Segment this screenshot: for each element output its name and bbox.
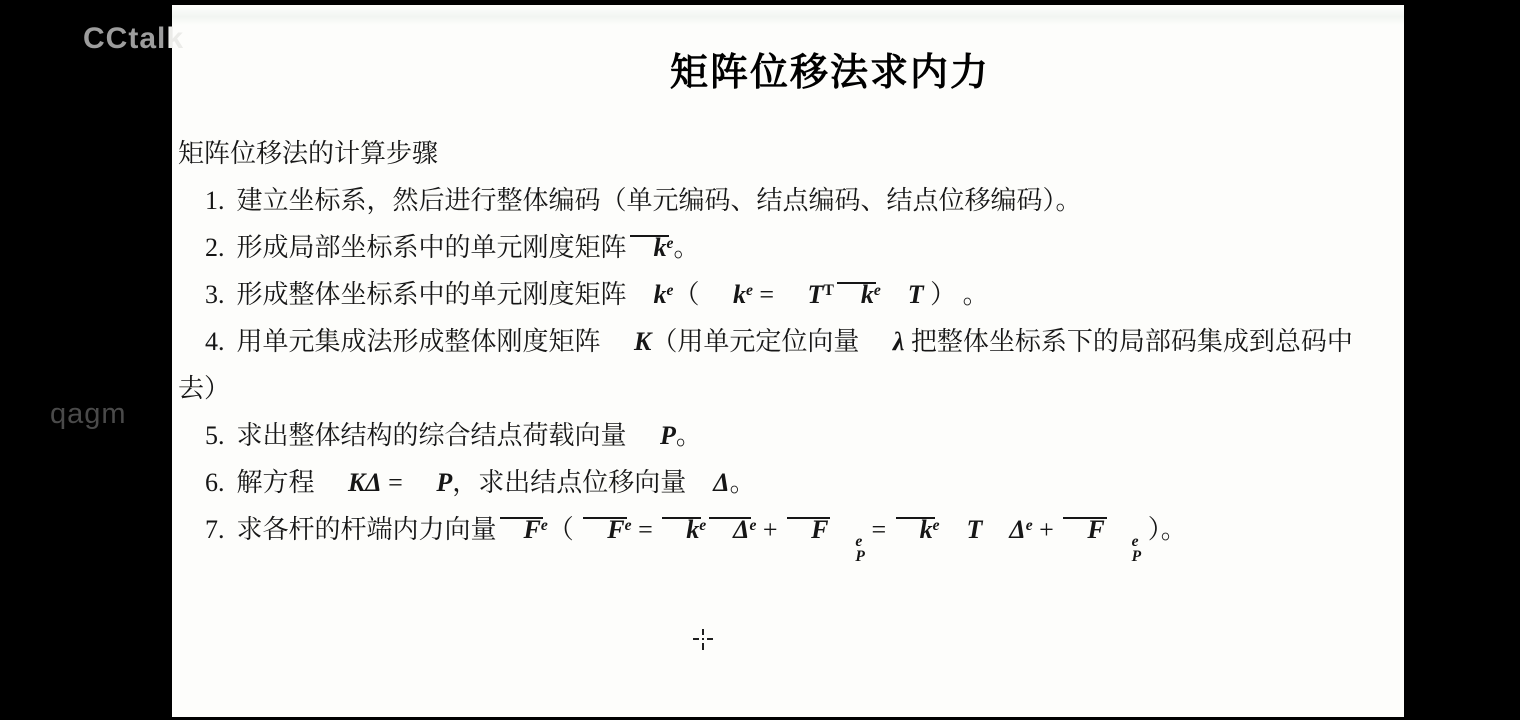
math-symbol: TT [781,280,834,309]
step-2: 2.形成局部坐标系中的单元刚度矩阵ke。 [178,224,1391,271]
step-text: + [756,515,784,544]
step-number: 5. [205,421,225,450]
crosshair-icon [690,626,716,652]
step-text: = [753,280,781,309]
math-symbol: Δe [706,515,756,544]
step-number: 7. [205,515,225,544]
step-3: 3.形成整体坐标系中的单元刚度矩阵ke（ ke = TTkeT ） 。 [178,271,1391,318]
video-frame: CCtalk qagm 矩阵位移法求内力 矩阵位移法的计算步骤 1.建立坐标系，… [0,0,1520,720]
step-number: 2. [205,233,225,262]
crosshair-cursor [690,626,716,652]
cctalk-watermark: CCtalk [83,22,184,56]
step-text: 求出整体结构的综合结点荷载向量 [237,421,634,450]
step-1: 1.建立坐标系，然后进行整体编码（单元编码、结点编码、结点位移编码）。 [178,177,1391,224]
math-symbol: FeP [784,515,865,544]
math-symbol: ke [893,515,940,544]
step-text: 求各杆的杆端内力向量 [237,515,497,544]
step-text: = [865,515,893,544]
math-symbol: KΔ [321,468,382,497]
step-text: （ [548,515,581,544]
math-symbol: FeP [1060,515,1141,544]
step-5: 5.求出整体结构的综合结点荷载向量 P。 [178,412,1391,459]
cctalk-watermark-right: k [166,22,184,55]
steps-list: 1.建立坐标系，然后进行整体编码（单元编码、结点编码、结点位移编码）。2.形成局… [178,177,1391,564]
math-symbol: T [940,515,983,544]
step-7: 7.求各杆的杆端内力向量Fe（ Fe = keΔe + FeP = keTΔe … [178,506,1391,564]
math-symbol: ke [706,280,753,309]
step-6: 6.解方程 KΔ = P，求出结点位移向量Δ。 [178,459,1391,506]
step-text: 解方程 [237,468,322,497]
math-symbol: ke [627,280,674,309]
intro-line: 矩阵位移法的计算步骤 [178,130,1391,177]
math-symbol: Δe [982,515,1032,544]
step-text: 建立坐标系，然后进行整体编码（单元编码、结点编码、结点位移编码）。 [237,186,1082,215]
math-symbol: ke [659,515,706,544]
step-text: 形成局部坐标系中的单元刚度矩阵 [237,233,627,262]
math-symbol: T [881,280,924,309]
step-number: 3. [205,280,225,309]
step-4: 4.用单元集成法形成整体刚度矩阵 K（用单元定位向量 λ 把整体坐标系下的局部码… [178,318,1391,412]
math-symbol: Δ [686,468,729,497]
math-symbol: Fe [497,515,548,544]
slide-body: 矩阵位移法的计算步骤 1.建立坐标系，然后进行整体编码（单元编码、结点编码、结点… [178,130,1391,564]
step-text: 形成整体坐标系中的单元刚度矩阵 [237,280,627,309]
step-text: 。 [730,468,756,497]
step-text: + [1033,515,1061,544]
math-symbol: K [607,327,651,356]
step-text: 。 [676,421,702,450]
side-watermark: qagm [50,398,127,431]
step-text: = [632,515,660,544]
math-symbol: P [409,468,452,497]
step-text: （用单元定位向量 [651,327,866,356]
math-symbol: P [633,421,676,450]
step-text: = [382,468,410,497]
math-symbol: ke [627,233,674,262]
step-text: ）。 [1141,515,1187,544]
math-symbol: ke [834,280,881,309]
cctalk-watermark-left: CCtal [83,22,166,55]
step-number: 4. [205,327,225,356]
slide: 矩阵位移法求内力 矩阵位移法的计算步骤 1.建立坐标系，然后进行整体编码（单元编… [172,5,1404,717]
step-number: 1. [205,186,225,215]
step-text: 。 [673,233,699,262]
step-text: ） 。 [924,280,989,309]
step-text: ，求出结点位移向量 [452,468,686,497]
step-text: （ [673,280,706,309]
slide-title: 矩阵位移法求内力 [214,41,1446,96]
step-number: 6. [205,468,225,497]
step-text: 用单元集成法形成整体刚度矩阵 [237,327,608,356]
math-symbol: Fe [580,515,631,544]
math-symbol: λ [866,327,905,356]
